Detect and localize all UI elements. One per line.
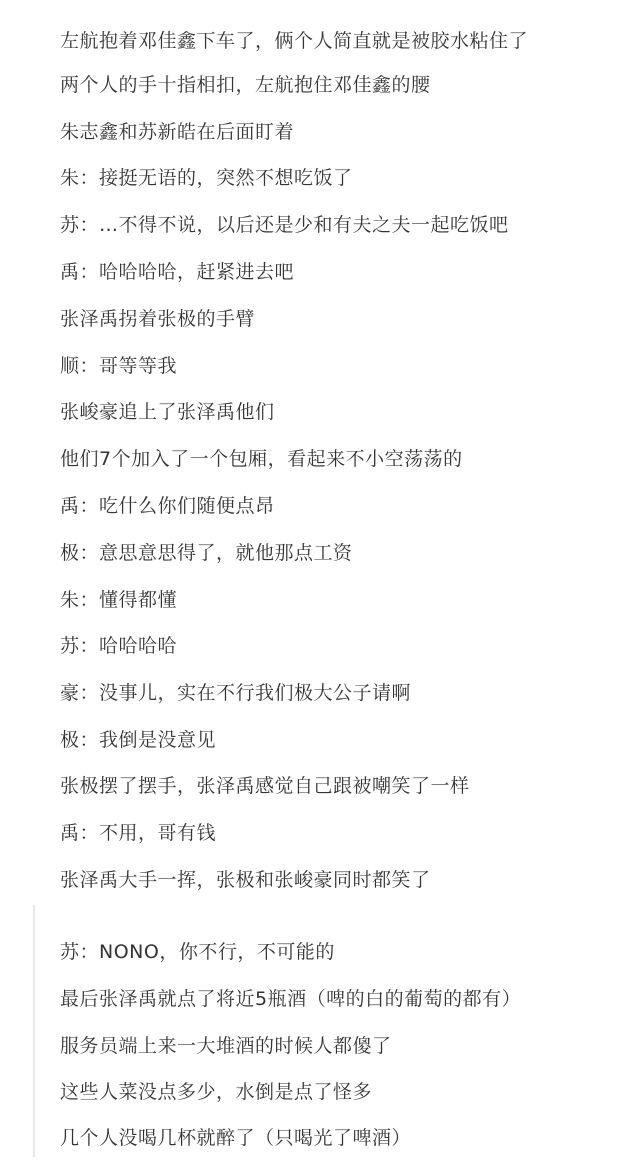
quote-line: 最后张泽禹就点了将近5瓶酒（啤的白的葡萄的都有） xyxy=(60,987,521,1011)
paragraph-line: 禹：吃什么你们随便点昂 xyxy=(60,494,275,518)
blockquote-border xyxy=(33,905,35,1157)
paragraph-line: 张峻豪追上了张泽禹他们 xyxy=(60,400,275,424)
paragraph-line: 他们7个加入了一个包厢，看起来不小空荡荡的 xyxy=(60,447,463,471)
paragraph-line: 豪：没事儿，实在不行我们极大公子请啊 xyxy=(60,681,411,705)
paragraph-line: 两个人的手十指相扣，左航抱住邓佳鑫的腰 xyxy=(60,73,431,97)
paragraph-line: 顺：哥等等我 xyxy=(60,354,177,378)
paragraph-line: 张极摆了摆手，张泽禹感觉自己跟被嘲笑了一样 xyxy=(60,774,470,798)
quote-line: 苏：NONO，你不行，不可能的 xyxy=(60,940,335,964)
paragraph-line: 极：我倒是没意见 xyxy=(60,728,216,752)
paragraph-line: 禹：哈哈哈哈，赶紧进去吧 xyxy=(60,260,294,284)
paragraph-line: 禹：不用，哥有钱 xyxy=(60,821,216,845)
paragraph-line: 极：意思意思得了，就他那点工资 xyxy=(60,541,353,565)
paragraph-line: 朱：懂得都懂 xyxy=(60,588,177,612)
paragraph-line: 左航抱着邓佳鑫下车了，俩个人简直就是被胶水粘住了 xyxy=(60,29,528,53)
quote-line: 几个人没喝几杯就醉了（只喝光了啤酒） xyxy=(60,1126,411,1150)
quote-line: 服务员端上来一大堆酒的时候人都傻了 xyxy=(60,1034,392,1058)
paragraph-line: 朱：接挺无语的，突然不想吃饭了 xyxy=(60,166,353,190)
paragraph-line: 张泽禹大手一挥，张极和张峻豪同时都笑了 xyxy=(60,868,431,892)
paragraph-line: 苏：…不得不说，以后还是少和有夫之夫一起吃饭吧 xyxy=(60,213,509,237)
paragraph-line: 张泽禹拐着张极的手臂 xyxy=(60,307,255,331)
paragraph-line: 朱志鑫和苏新皓在后面盯着 xyxy=(60,120,294,144)
paragraph-line: 苏：哈哈哈哈 xyxy=(60,634,177,658)
quote-line: 这些人菜没点多少，水倒是点了怪多 xyxy=(60,1080,372,1104)
